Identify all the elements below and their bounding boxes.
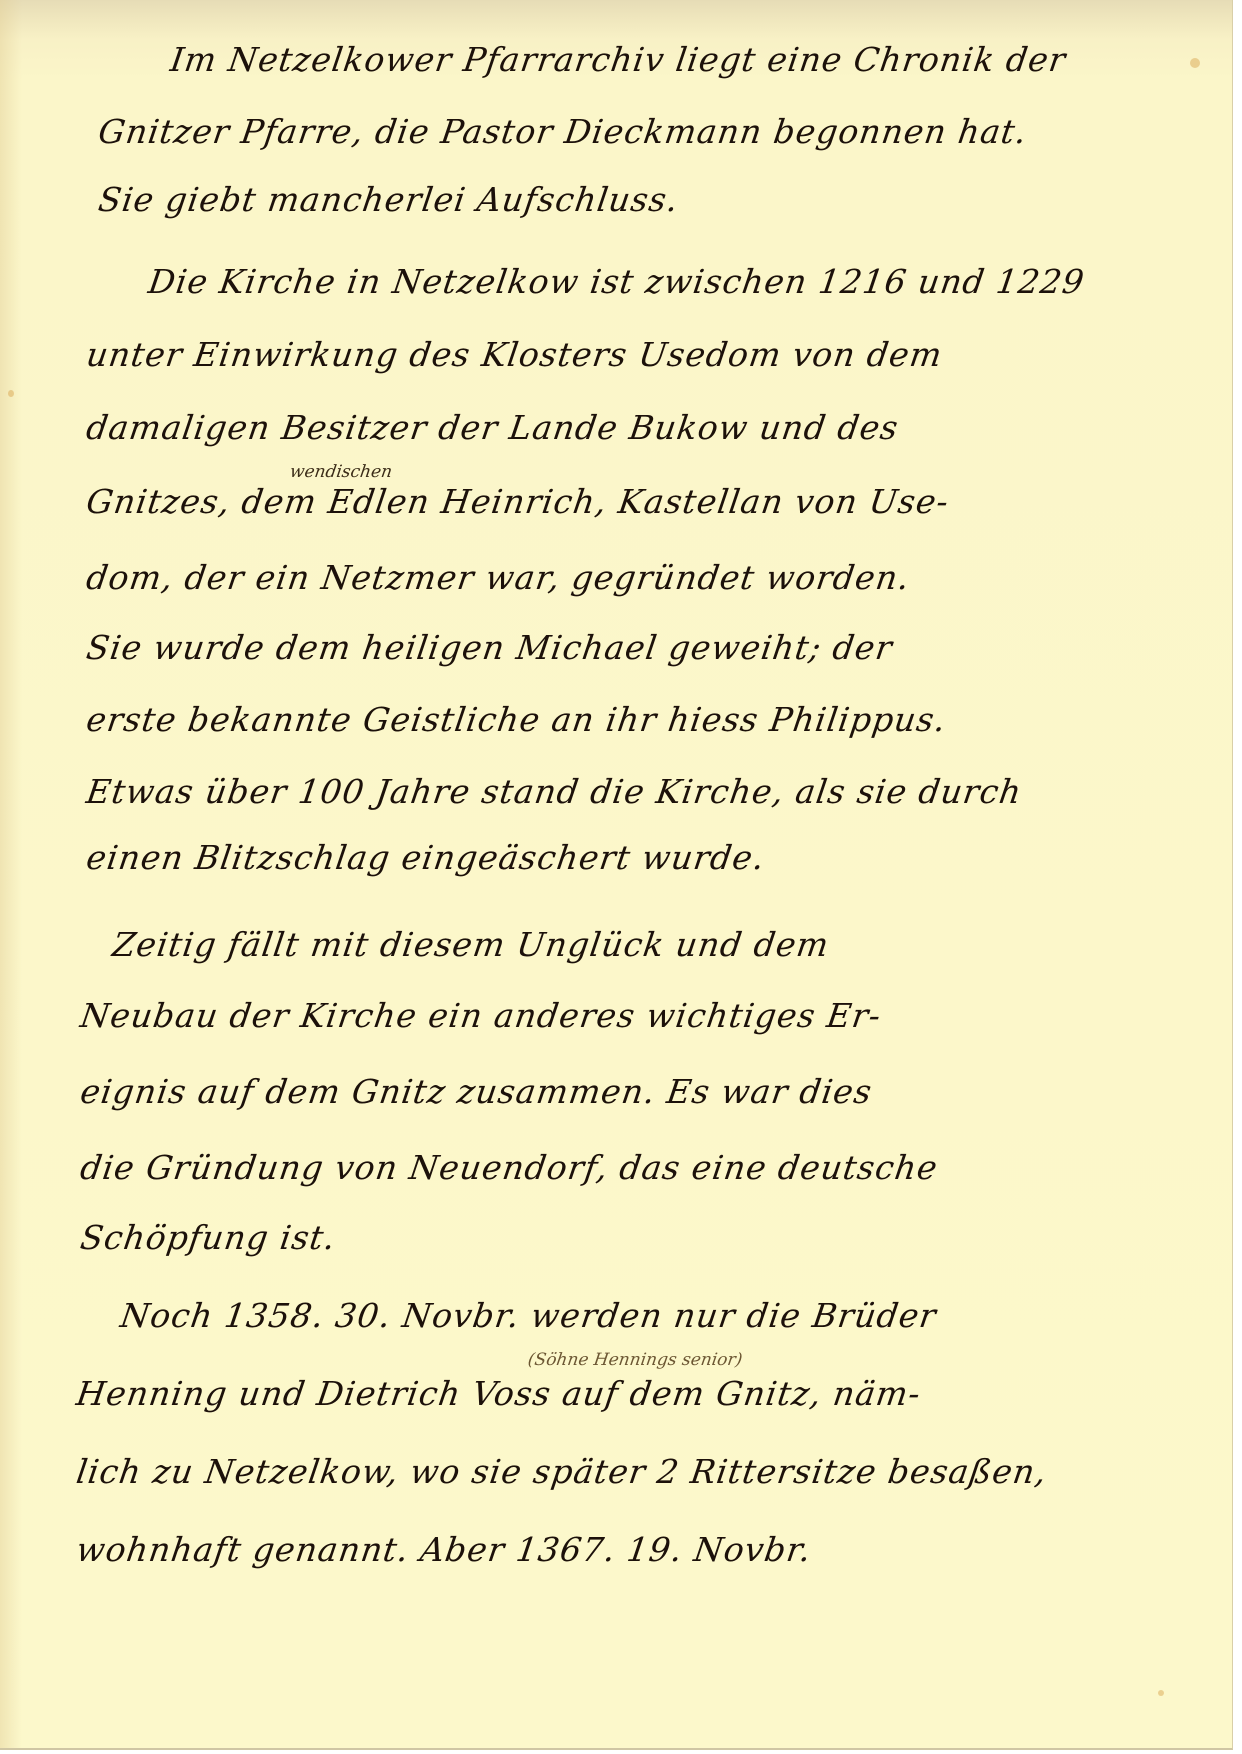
text-line: erste bekannte Geistliche an ihr hiess P…: [84, 700, 949, 739]
text-line: damaligen Besitzer der Lande Bukow und d…: [84, 408, 901, 447]
paper-stain: [1190, 58, 1200, 68]
text-line: Neubau der Kirche ein anderes wichtiges …: [78, 996, 884, 1035]
text-line: eignis auf dem Gnitz zusammen. Es war di…: [78, 1072, 875, 1111]
text-line: Die Kirche in Netzelkow ist zwischen 121…: [146, 262, 1087, 301]
text-line: Henning und Dietrich Voss auf dem Gnitz,…: [74, 1374, 923, 1413]
text-line: Sie giebt mancherlei Aufschluss.: [96, 180, 681, 219]
text-line: Noch 1358. 30. Novbr. werden nur die Brü…: [118, 1296, 939, 1335]
text-line: Sie wurde dem heiligen Michael geweiht; …: [84, 628, 895, 667]
text-line: dom, der ein Netzmer war, gegründet word…: [84, 558, 912, 597]
text-line: Etwas über 100 Jahre stand die Kirche, a…: [84, 772, 1024, 811]
text-line: Im Netzelkower Pfarrarchiv liegt eine Ch…: [168, 40, 1069, 79]
text-line: lich zu Netzelkow, wo sie später 2 Ritte…: [74, 1452, 1050, 1491]
paper-stain: [1158, 1690, 1164, 1696]
paper-stain: [8, 390, 14, 397]
text-line: unter Einwirkung des Klosters Usedom von…: [84, 335, 945, 374]
text-line: Schöpfung ist.: [78, 1218, 338, 1257]
text-line: einen Blitzschlag eingeäschert wurde.: [84, 838, 767, 877]
text-line: Gnitzer Pfarre, die Pastor Dieckmann beg…: [96, 112, 1030, 151]
text-line: die Gründung von Neuendorf, das eine deu…: [78, 1148, 940, 1187]
manuscript-page: Im Netzelkower Pfarrarchiv liegt eine Ch…: [0, 0, 1233, 1750]
text-line: Zeitig fällt mit diesem Unglück und dem: [110, 925, 832, 964]
text-line: wohnhaft genannt. Aber 1367. 19. Novbr.: [74, 1530, 814, 1569]
interlinear-insertion: (Söhne Hennings senior): [527, 1350, 744, 1370]
text-line: Gnitzes, dem Edlen Heinrich, Kastellan v…: [84, 482, 952, 521]
interlinear-insertion: wendischen: [289, 462, 394, 482]
